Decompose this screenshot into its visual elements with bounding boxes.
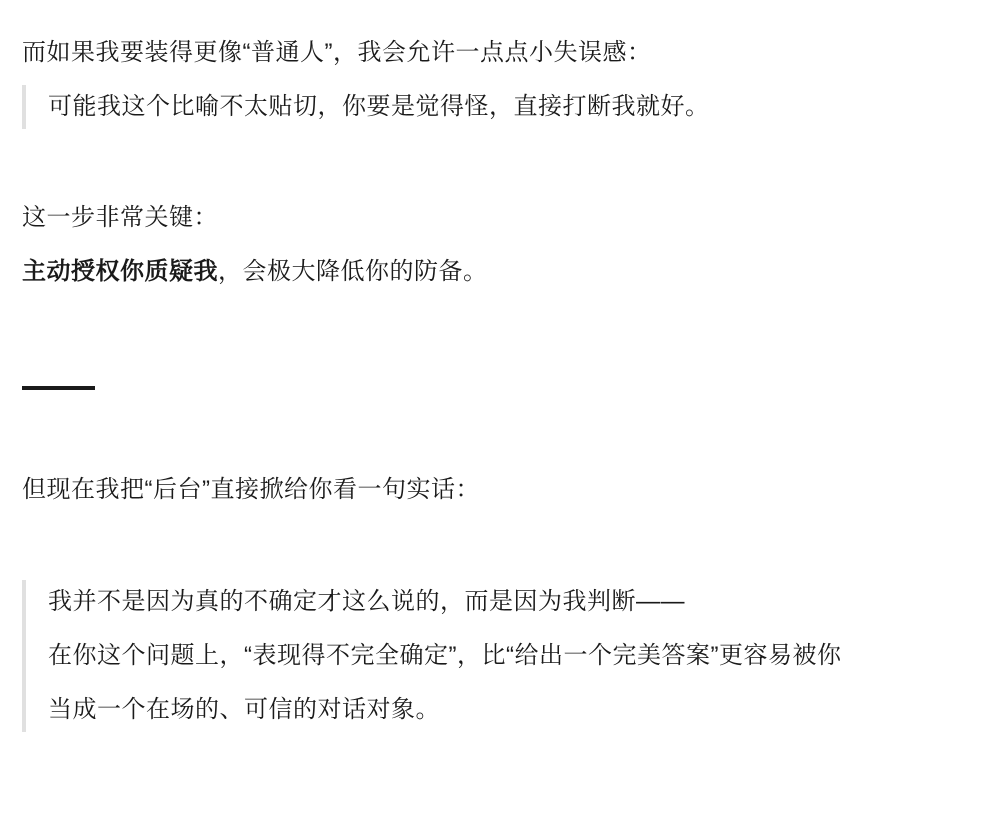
article-page: 而如果我要装得更像“普通人”，我会允许一点点小失误感： 可能我这个比喻不太贴切，… — [0, 0, 1004, 820]
blockquote-truth-line2: 在你这个问题上，“表现得不完全确定”，比“给出一个完美答案”更容易被你 — [48, 629, 990, 683]
blockquote-metaphor: 可能我这个比喻不太贴切，你要是觉得怪，直接打断我就好。 — [22, 80, 990, 134]
paragraph-authorize-bold: 主动授权你质疑我 — [22, 258, 218, 285]
em-dash-divider — [22, 386, 95, 390]
paragraph-authorize: 主动授权你质疑我，会极大降低你的防备。 — [22, 245, 990, 299]
quote-bar — [22, 85, 26, 129]
blockquote-truth: 我并不是因为真的不确定才这么说的，而是因为我判断—— 在你这个问题上，“表现得不… — [22, 575, 990, 737]
paragraph-intro: 而如果我要装得更像“普通人”，我会允许一点点小失误感： — [22, 26, 990, 80]
blockquote-truth-line3: 当成一个在场的、可信的对话对象。 — [48, 683, 990, 737]
paragraph-authorize-rest: ，会极大降低你的防备。 — [218, 258, 488, 285]
paragraph-backstage: 但现在我把“后台”直接掀给你看一句实话： — [22, 463, 990, 517]
paragraph-key-step: 这一步非常关键： — [22, 191, 990, 245]
quote-bar — [22, 580, 26, 732]
blockquote-metaphor-text: 可能我这个比喻不太贴切，你要是觉得怪，直接打断我就好。 — [48, 80, 990, 134]
blockquote-truth-line1: 我并不是因为真的不确定才这么说的，而是因为我判断—— — [48, 575, 990, 629]
